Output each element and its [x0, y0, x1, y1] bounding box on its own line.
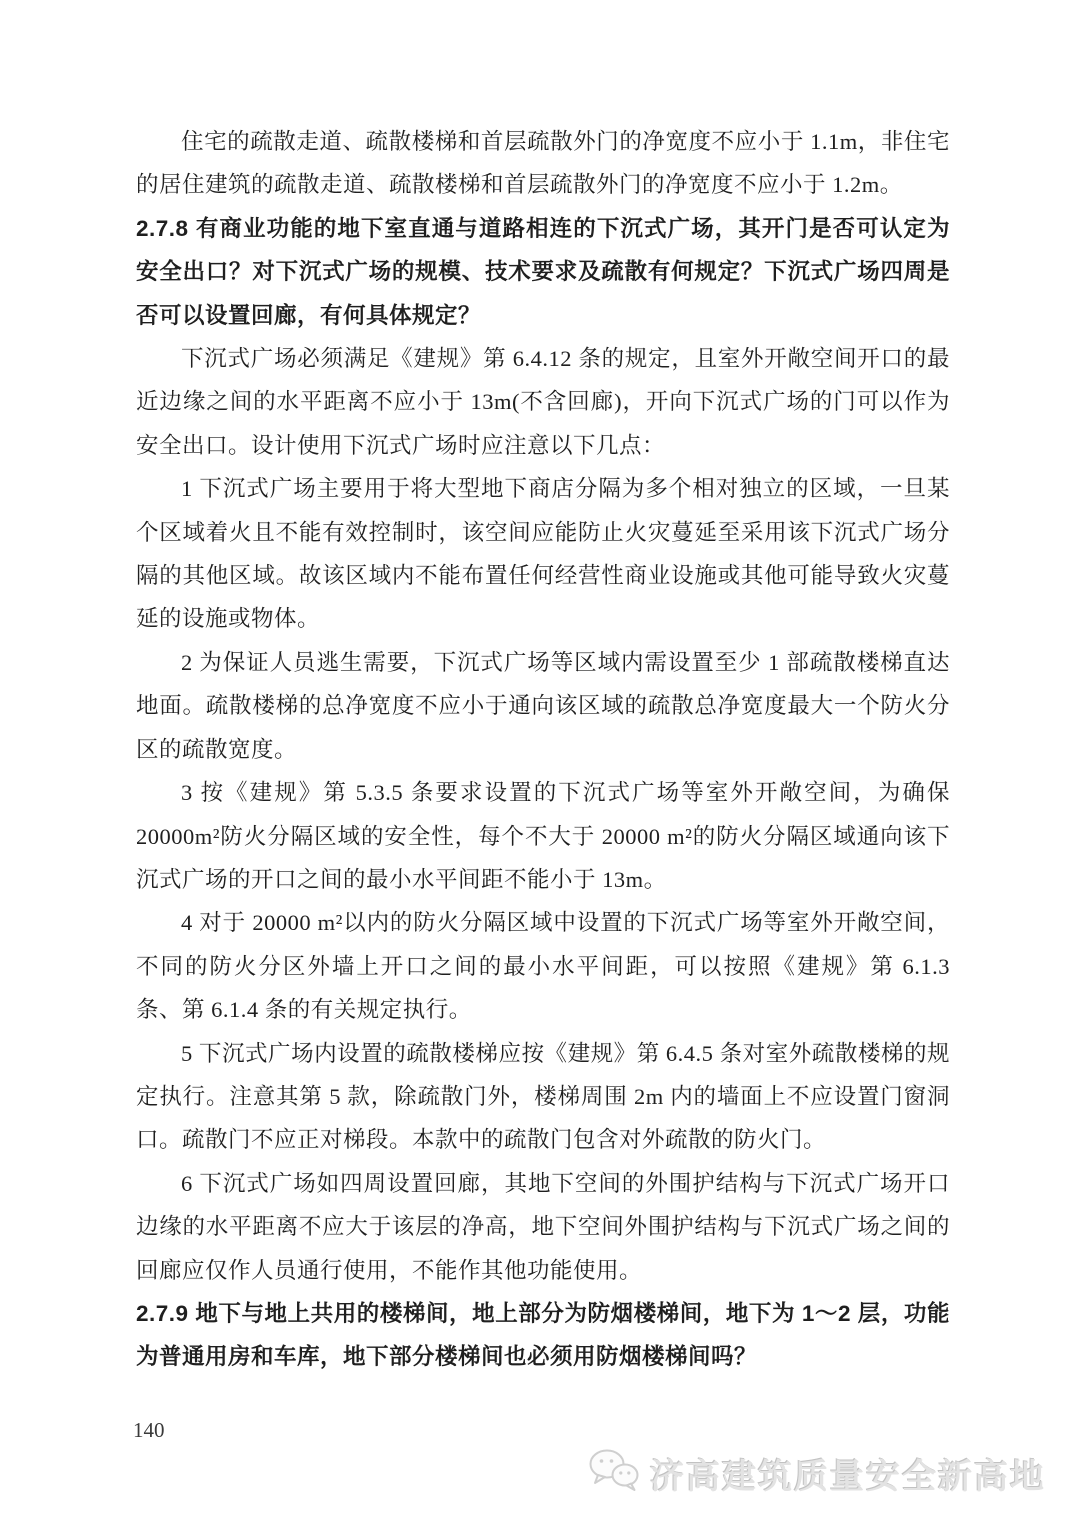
- paragraph-item-2: 2 为保证人员逃生需要，下沉式广场等区域内需设置至少 1 部疏散楼梯直达地面。疏…: [136, 641, 950, 771]
- heading-2-7-8: 2.7.8 有商业功能的地下室直通与道路相连的下沉式广场，其开门是否可认定为安全…: [136, 207, 950, 337]
- page-number: 140: [133, 1418, 165, 1443]
- wechat-logo-icon: [588, 1448, 640, 1499]
- paragraph-item-6: 6 下沉式广场如四周设置回廊，其地下空间的外围护结构与下沉式广场开口边缘的水平距…: [136, 1162, 950, 1292]
- paragraph-item-5: 5 下沉式广场内设置的疏散楼梯应按《建规》第 6.4.5 条对室外疏散楼梯的规定…: [136, 1032, 950, 1162]
- paragraph-item-4: 4 对于 20000 m²以内的防火分隔区域中设置的下沉式广场等室外开敞空间，不…: [136, 901, 950, 1031]
- watermark: 济高建筑质量安全新高地: [588, 1448, 1046, 1499]
- watermark-text: 济高建筑质量安全新高地: [650, 1449, 1046, 1498]
- paragraph-item-3: 3 按《建规》第 5.3.5 条要求设置的下沉式广场等室外开敞空间，为确保 20…: [136, 771, 950, 901]
- heading-2-7-9: 2.7.9 地下与地上共用的楼梯间，地上部分为防烟楼梯间，地下为 1～2 层，功…: [136, 1292, 950, 1379]
- paragraph-evacuation-widths: 住宅的疏散走道、疏散楼梯和首层疏散外门的净宽度不应小于 1.1m，非住宅的居住建…: [136, 120, 950, 207]
- document-page: 住宅的疏散走道、疏散楼梯和首层疏散外门的净宽度不应小于 1.1m，非住宅的居住建…: [0, 0, 1080, 1527]
- paragraph-sunken-plaza-intro: 下沉式广场必须满足《建规》第 6.4.12 条的规定，且室外开敞空间开口的最近边…: [136, 337, 950, 467]
- document-body: 住宅的疏散走道、疏散楼梯和首层疏散外门的净宽度不应小于 1.1m，非住宅的居住建…: [136, 120, 950, 1379]
- paragraph-item-1: 1 下沉式广场主要用于将大型地下商店分隔为多个相对独立的区域，一旦某个区域着火且…: [136, 467, 950, 641]
